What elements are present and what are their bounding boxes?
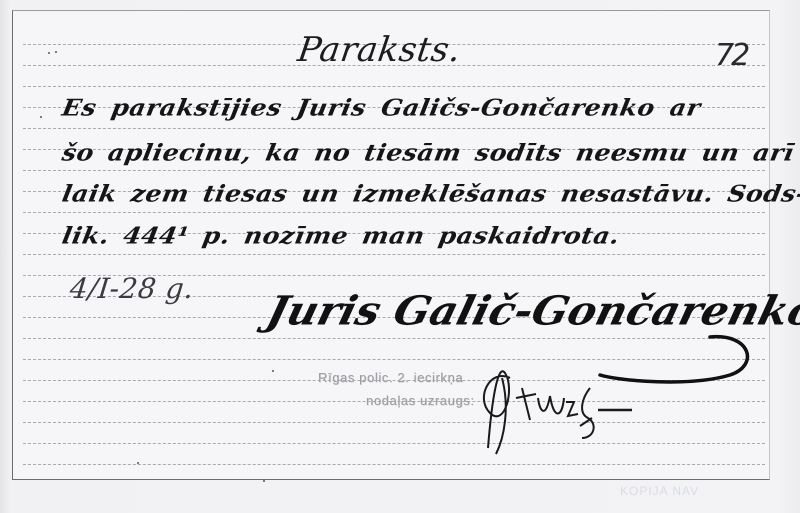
back-stamp-bleedthrough: KOPIJA NAV — [620, 484, 699, 498]
paper-speck — [137, 462, 139, 464]
ruled-line — [23, 128, 765, 129]
body-line-4: lik. 444¹ p. nozīme man paskaidrota. — [60, 222, 622, 249]
ruled-line — [23, 170, 765, 171]
paper-speck — [263, 480, 265, 482]
document-title: Paraksts. — [295, 30, 463, 70]
ruled-line — [23, 212, 765, 213]
date: 4/I-28 g. — [68, 272, 195, 305]
stamp-line-2: nodaļas uzraugs: — [366, 393, 475, 408]
body-line-1: Es parakstījies Juris Galičs-Gončarenko … — [60, 94, 703, 121]
paper-speck — [40, 116, 42, 118]
page-number: 72 — [715, 38, 747, 73]
officer-signature — [470, 358, 670, 458]
stamp-line-1: Rīgas polic. 2. iecirkņa — [318, 370, 463, 385]
body-line-2: šo apliecinu, ka no tiesām sodīts neesmu… — [60, 139, 800, 166]
ruled-line — [23, 464, 765, 465]
body-line-3: laik zem tiesas un izmeklēšanas nesastāv… — [60, 180, 800, 207]
paper-speck — [272, 370, 274, 372]
paper-speck — [48, 52, 50, 54]
paper-speck — [55, 51, 57, 53]
ruled-line — [23, 254, 765, 255]
ruled-line — [23, 86, 765, 87]
